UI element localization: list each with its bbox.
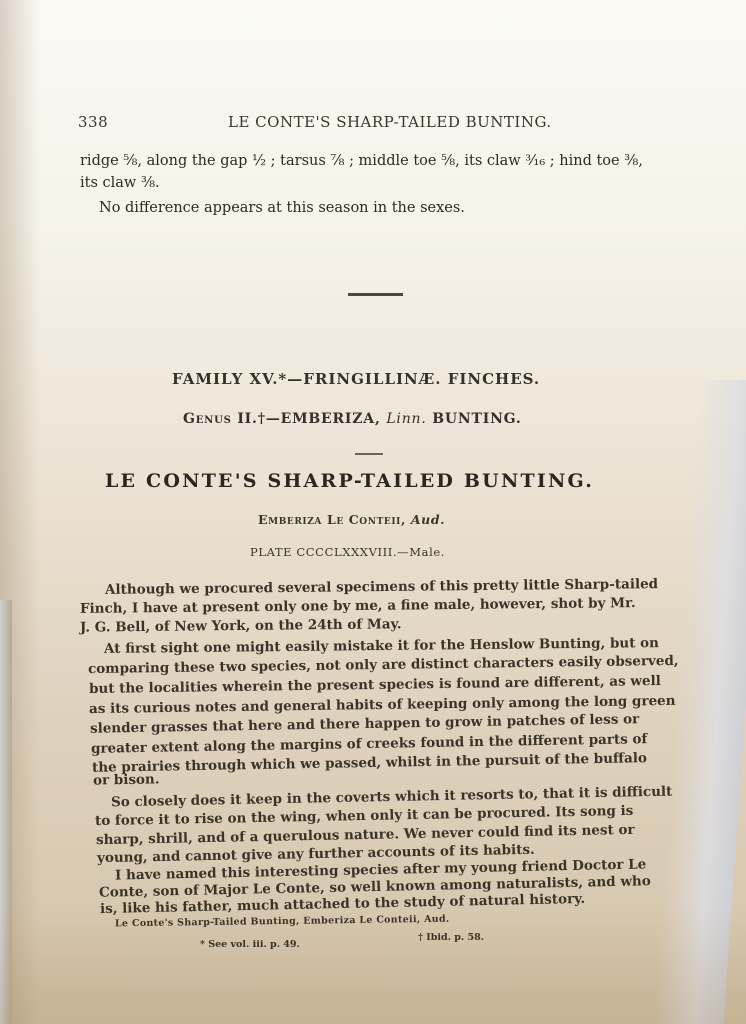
- body-line-3: J. G. Bell, of New York, on the 24th of …: [80, 615, 402, 638]
- measurement-line-1: ridge ⅝, along the gap ½ ; tarsus ⅞ ; mi…: [80, 150, 643, 172]
- latin-name: Emberiza Le Conteii, Aud.: [258, 512, 445, 527]
- body-line-11: or bison.: [93, 770, 160, 790]
- genus-heading-prefix: Genus II.†—EMBERIZA,: [183, 411, 386, 427]
- minor-divider: [355, 453, 383, 455]
- section-divider: [348, 293, 403, 296]
- footnote-2: † Ibid. p. 58.: [418, 932, 484, 943]
- family-heading: FAMILY XV.*—FRINGILLINÆ. FINCHES.: [172, 370, 540, 388]
- sexes-paragraph: No difference appears at this season in …: [99, 197, 465, 219]
- latin-authority: Aud.: [411, 512, 445, 527]
- genus-heading: Genus II.†—EMBERIZA, Linn. BUNTING.: [183, 411, 522, 427]
- book-page: 338 LE CONTE'S SHARP-TAILED BUNTING. rid…: [0, 0, 746, 1024]
- measurement-line-2: its claw ⅜.: [80, 172, 160, 194]
- running-head-title: LE CONTE'S SHARP-TAILED BUNTING.: [228, 113, 552, 131]
- genus-authority: Linn.: [386, 411, 426, 427]
- footnote-1: * See vol. iii. p. 49.: [200, 939, 300, 950]
- species-title: LE CONTE'S SHARP-TAILED BUNTING.: [105, 470, 594, 492]
- page-number: 338: [78, 113, 108, 131]
- genus-heading-suffix: BUNTING.: [427, 411, 522, 427]
- latin-binomial: Emberiza Le Conteii,: [258, 512, 411, 527]
- plate-label: PLATE CCCCLXXXVIII.—Male.: [250, 545, 445, 559]
